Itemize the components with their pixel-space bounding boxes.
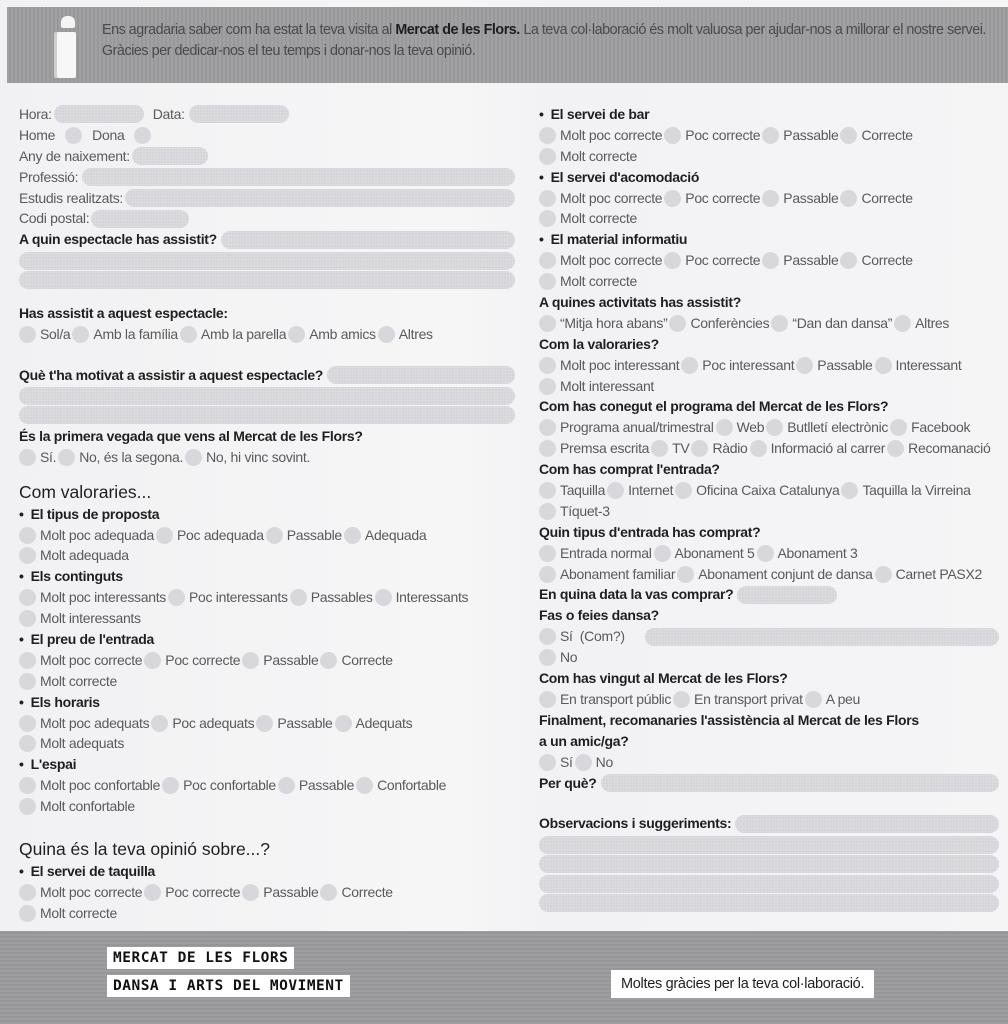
option-label: No, és la segona. (79, 447, 183, 468)
option-mitja-hora-abans[interactable]: “Mitja hora abans” (539, 313, 669, 334)
option-amb-la-parella[interactable]: Amb la parella (180, 324, 288, 345)
option-label: Molt poc adequada (40, 525, 154, 546)
option-correcte[interactable]: Correcte (840, 188, 914, 209)
option-label: Passable (817, 355, 872, 376)
option-poc-correcte[interactable]: Poc correcte (664, 250, 762, 271)
observacions-field-line-2[interactable] (539, 836, 999, 854)
option-label: Abonament familiar (560, 564, 675, 585)
option-correcte[interactable]: Correcte (840, 250, 914, 271)
data-compra-question: En quina data la vas comprar? (539, 584, 733, 605)
assistit-options: Sol/aAmb la famíliaAmb la parellaAmb ami… (19, 324, 515, 345)
radio-circle-icon[interactable] (356, 777, 373, 794)
motivat-question: Què t'ha motivat a assistir a aquest esp… (19, 365, 323, 386)
radio-circle-icon[interactable] (335, 715, 352, 732)
option-label: Entrada normal (560, 543, 652, 564)
option-molt-correcte[interactable]: Molt correcte (539, 271, 639, 292)
option-label: Molt poc correcte (560, 250, 662, 271)
option-label: Altres (399, 324, 433, 345)
radio-circle-icon[interactable] (19, 905, 36, 922)
valoraries-section-title: Com valoraries... (19, 480, 151, 504)
option-confortable[interactable]: Confortable (356, 775, 448, 796)
option-molt-poc-adequats[interactable]: Molt poc adequats (19, 713, 151, 734)
option-informacio-al-carrer[interactable]: Informació al carrer (750, 438, 888, 459)
radio-circle-icon[interactable] (840, 190, 857, 207)
option-poc-correcte[interactable]: Poc correcte (664, 188, 762, 209)
option-correcte[interactable]: Correcte (320, 882, 394, 903)
data-field[interactable] (189, 105, 289, 123)
radio-circle-icon[interactable] (675, 482, 692, 499)
option-molt-poc-correcte[interactable]: Molt poc correcte (19, 650, 144, 671)
option-abonament-3[interactable]: Abonament 3 (757, 543, 860, 564)
radio-circle-icon[interactable] (607, 482, 624, 499)
radio-circle-icon[interactable] (766, 419, 783, 436)
option-label: TV (672, 438, 689, 459)
option-abonament-conjunt-de-dansa[interactable]: Abonament conjunt de dansa (677, 564, 874, 585)
option-label: Molt adequada (40, 545, 129, 566)
bar-options: Molt poc correctePoc correctePassableCor… (539, 125, 999, 167)
option-label: Oficina Caixa Catalunya (696, 480, 839, 501)
conegut-options-row-2: Premsa escritaTVRàdioInformació al carre… (539, 438, 999, 459)
radio-circle-icon[interactable] (841, 482, 858, 499)
radio-circle-icon[interactable] (19, 326, 36, 343)
option-label: Molt poc interessant (560, 355, 679, 376)
continguts-options: Molt poc interessantsPoc interessantsPas… (19, 587, 515, 629)
option-poc-interessants[interactable]: Poc interessants (168, 587, 290, 608)
option-molt-interessants[interactable]: Molt interessants (19, 608, 143, 629)
option-label: Amb la família (93, 324, 178, 345)
radio-circle-icon[interactable] (344, 527, 361, 544)
radio-circle-icon[interactable] (19, 798, 36, 815)
espai-options: Molt poc confortablePoc confortablePassa… (19, 775, 515, 817)
radio-circle-icon[interactable] (320, 884, 337, 901)
option-adequada[interactable]: Adequada (344, 525, 428, 546)
option-label: Conferències (690, 313, 769, 334)
option-molt-poc-correcte[interactable]: Molt poc correcte (19, 882, 144, 903)
radio-circle-icon[interactable] (378, 326, 395, 343)
option-abonament-familiar[interactable]: Abonament familiar (539, 564, 677, 585)
option-tv[interactable]: TV (651, 438, 691, 459)
option-label: Molt poc adequats (40, 713, 149, 734)
option-label: Correcte (861, 250, 912, 271)
radio-circle-icon[interactable] (156, 527, 173, 544)
option-conferencies[interactable]: Conferències (669, 313, 771, 334)
radio-circle-icon[interactable] (539, 315, 556, 332)
option-adequats[interactable]: Adequats (335, 713, 415, 734)
option-en-transport-public[interactable]: En transport públic (539, 689, 673, 710)
radio-circle-icon[interactable] (673, 691, 690, 708)
option-label: Recomanació (908, 438, 990, 459)
estudis-field[interactable] (125, 189, 515, 207)
radio-circle-icon[interactable] (539, 127, 556, 144)
option-poc-correcte[interactable]: Poc correcte (144, 882, 242, 903)
espectacle-field-line-3[interactable] (19, 271, 515, 289)
option-molt-interessant[interactable]: Molt interessant (539, 376, 656, 397)
option-web[interactable]: Web (716, 417, 767, 438)
dona-radio[interactable] (134, 127, 151, 144)
radio-circle-icon[interactable] (840, 252, 857, 269)
option-radio[interactable]: Ràdio (691, 438, 749, 459)
option-label: Molt poc correcte (560, 188, 662, 209)
option-abonament-5[interactable]: Abonament 5 (654, 543, 757, 564)
radio-circle-icon[interactable] (796, 357, 813, 374)
option-label: Passable (783, 188, 838, 209)
radio-circle-icon[interactable] (840, 127, 857, 144)
assistit-question: Has assistit a aquest espectacle: (19, 303, 228, 324)
dansa-no-radio[interactable] (539, 649, 556, 666)
option-molt-adequats[interactable]: Molt adequats (19, 733, 126, 754)
option-label: Molt poc correcte (560, 125, 662, 146)
option-dan-dan-dansa[interactable]: “Dan dan dansa” (771, 313, 894, 334)
option-label: Passable (783, 125, 838, 146)
option-passables[interactable]: Passables (290, 587, 375, 608)
option-recomanacio[interactable]: Recomanació (887, 438, 992, 459)
option-label: Interessant (896, 355, 962, 376)
opinio-section-title: Quina és la teva opinió sobre...? (19, 837, 270, 861)
option-passable[interactable]: Passable (762, 125, 840, 146)
option-label: Molt correcte (40, 903, 117, 924)
motivat-field-line-2[interactable] (19, 387, 515, 405)
motivat-field-line-3[interactable] (19, 406, 515, 424)
option-label: Correcte (861, 188, 912, 209)
option-tiquet-3[interactable]: Tíquet-3 (539, 501, 612, 522)
option-molt-poc-correcte[interactable]: Molt poc correcte (539, 250, 664, 271)
option-label: Programa anual/trimestral (560, 417, 714, 438)
hora-field[interactable] (54, 105, 144, 123)
option-molt-poc-correcte[interactable]: Molt poc correcte (539, 125, 664, 146)
radio-circle-icon[interactable] (320, 652, 337, 669)
observacions-field-line-4[interactable] (539, 875, 999, 893)
radio-circle-icon[interactable] (256, 715, 273, 732)
option-poc-correcte[interactable]: Poc correcte (144, 650, 242, 671)
radio-circle-icon[interactable] (539, 440, 556, 457)
recomanaries-question-line-2: a un amic/ga? (539, 731, 628, 752)
radio-circle-icon[interactable] (539, 482, 556, 499)
radio-circle-icon[interactable] (375, 589, 392, 606)
option-poc-adequats[interactable]: Poc adequats (151, 713, 256, 734)
radio-circle-icon[interactable] (875, 566, 892, 583)
option-no-es-la-segona[interactable]: No, és la segona. (58, 447, 185, 468)
option-label: Molt interessant (560, 376, 654, 397)
option-facebook[interactable]: Facebook (890, 417, 972, 438)
option-label: Taquilla (560, 480, 605, 501)
option-poc-interessant[interactable]: Poc interessant (681, 355, 796, 376)
radio-circle-icon[interactable] (58, 449, 75, 466)
right-column: El servei de bar Molt poc correctePoc co… (539, 104, 999, 914)
option-a-peu[interactable]: A peu (805, 689, 862, 710)
comprat-options-row-2: Tíquet-3 (539, 501, 999, 522)
option-label: Molt correcte (560, 146, 637, 167)
proposta-label: El tipus de proposta (19, 504, 159, 525)
radio-circle-icon[interactable] (539, 252, 556, 269)
dansa-no-label: No (560, 647, 577, 668)
option-molt-correcte[interactable]: Molt correcte (19, 903, 119, 924)
option-passable[interactable]: Passable (762, 188, 840, 209)
radio-circle-icon[interactable] (162, 777, 179, 794)
option-label: Interessants (396, 587, 469, 608)
option-label: Passable (287, 525, 342, 546)
radio-circle-icon[interactable] (771, 315, 788, 332)
radio-circle-icon[interactable] (19, 610, 36, 627)
option-label: Molt poc correcte (40, 882, 142, 903)
radio-circle-icon[interactable] (19, 589, 36, 606)
radio-circle-icon[interactable] (539, 419, 556, 436)
option-label: Internet (628, 480, 673, 501)
option-passable[interactable]: Passable (278, 775, 356, 796)
option-label: “Mitja hora abans” (560, 313, 667, 334)
observacions-field[interactable] (735, 815, 999, 833)
espai-label: L'espai (19, 754, 76, 775)
option-molt-correcte[interactable]: Molt correcte (539, 208, 639, 229)
radio-circle-icon[interactable] (762, 252, 779, 269)
bar-label: El servei de bar (539, 104, 649, 125)
option-taquilla[interactable]: Taquilla (539, 480, 607, 501)
info-person-icon (55, 16, 79, 80)
radio-circle-icon[interactable] (19, 547, 36, 564)
radio-circle-icon[interactable] (890, 419, 907, 436)
option-carnet-pasx2[interactable]: Carnet PASX2 (875, 564, 984, 585)
option-label: Poc correcte (685, 125, 760, 146)
observacions-field-line-3[interactable] (539, 855, 999, 873)
option-correcte[interactable]: Correcte (320, 650, 394, 671)
option-no-hi-vinc-sovint[interactable]: No, hi vinc sovint. (185, 447, 312, 468)
radio-circle-icon[interactable] (539, 357, 556, 374)
option-molt-confortable[interactable]: Molt confortable (19, 796, 137, 817)
option-premsa-escrita[interactable]: Premsa escrita (539, 438, 651, 459)
option-passable[interactable]: Passable (242, 650, 320, 671)
option-poc-correcte[interactable]: Poc correcte (664, 125, 762, 146)
any-naixement-field[interactable] (132, 147, 208, 165)
option-molt-poc-adequada[interactable]: Molt poc adequada (19, 525, 156, 546)
option-si[interactable]: Sí. (19, 447, 58, 468)
option-passable[interactable]: Passable (266, 525, 344, 546)
radio-circle-icon[interactable] (19, 673, 36, 690)
motivat-field[interactable] (327, 366, 515, 384)
valoraries-options: Molt poc interessantPoc interessantPassa… (539, 355, 999, 397)
option-label: Passables (311, 587, 373, 608)
radio-circle-icon[interactable] (681, 357, 698, 374)
option-label: Molt confortable (40, 796, 135, 817)
option-label: Amb la parella (201, 324, 286, 345)
option-molt-poc-correcte[interactable]: Molt poc correcte (539, 188, 664, 209)
option-poc-adequada[interactable]: Poc adequada (156, 525, 266, 546)
radio-circle-icon[interactable] (288, 326, 305, 343)
option-amb-la-familia[interactable]: Amb la família (72, 324, 180, 345)
tipus-options-row-1: Entrada normalAbonament 5Abonament 3 (539, 543, 999, 564)
option-altres[interactable]: Altres (378, 324, 435, 345)
valoraries-question: Com la valoraries? (539, 334, 659, 355)
option-entrada-normal[interactable]: Entrada normal (539, 543, 654, 564)
primera-options: Sí.No, és la segona.No, hi vinc sovint. (19, 447, 515, 468)
option-label: Correcte (341, 882, 392, 903)
vingut-options: En transport públicEn transport privatA … (539, 689, 999, 710)
dansa-si-label: Sí (Com?) (560, 626, 625, 647)
radio-circle-icon[interactable] (654, 545, 671, 562)
radio-circle-icon[interactable] (19, 735, 36, 752)
radio-circle-icon[interactable] (19, 449, 36, 466)
radio-circle-icon[interactable] (575, 754, 592, 771)
option-label: En transport públic (560, 689, 671, 710)
option-molt-correcte[interactable]: Molt correcte (19, 671, 119, 692)
radio-circle-icon[interactable] (278, 777, 295, 794)
radio-circle-icon[interactable] (168, 589, 185, 606)
option-label: Poc adequats (172, 713, 254, 734)
option-molt-correcte[interactable]: Molt correcte (539, 146, 639, 167)
radio-circle-icon[interactable] (539, 273, 556, 290)
option-label: “Dan dan dansa” (792, 313, 892, 334)
radio-circle-icon[interactable] (539, 190, 556, 207)
dansa-si-radio[interactable] (539, 628, 556, 645)
data-compra-field[interactable] (737, 586, 837, 604)
radio-circle-icon[interactable] (716, 419, 733, 436)
option-internet[interactable]: Internet (607, 480, 675, 501)
radio-circle-icon[interactable] (894, 315, 911, 332)
radio-circle-icon[interactable] (762, 127, 779, 144)
option-molt-poc-confortable[interactable]: Molt poc confortable (19, 775, 162, 796)
radio-circle-icon[interactable] (875, 357, 892, 374)
option-amb-amics[interactable]: Amb amics (288, 324, 378, 345)
option-sol-a[interactable]: Sol/a (19, 324, 72, 345)
option-label: Taquilla la Virreina (862, 480, 970, 501)
radio-circle-icon[interactable] (750, 440, 767, 457)
perque-field[interactable] (601, 774, 999, 792)
radio-circle-icon[interactable] (19, 652, 36, 669)
option-poc-confortable[interactable]: Poc confortable (162, 775, 278, 796)
thanks-message: Moltes gràcies per la teva col·laboració… (611, 970, 874, 998)
radio-circle-icon[interactable] (266, 527, 283, 544)
tipus-options-row-2: Abonament familiarAbonament conjunt de d… (539, 564, 999, 585)
radio-circle-icon[interactable] (539, 566, 556, 583)
dansa-question: Fas o feies dansa? (539, 605, 659, 626)
option-label: Sí (560, 752, 573, 773)
espectacle-field[interactable] (221, 231, 515, 249)
preu-options: Molt poc correctePoc correctePassableCor… (19, 650, 515, 692)
option-correcte[interactable]: Correcte (840, 125, 914, 146)
option-label: Sí. (40, 447, 56, 468)
radio-circle-icon[interactable] (762, 190, 779, 207)
estudis-label: Estudis realitzats: (19, 188, 123, 209)
option-label: Web (737, 417, 765, 438)
option-label: Facebook (911, 417, 970, 438)
option-label: A peu (826, 689, 860, 710)
option-label: Molt adequats (40, 733, 124, 754)
radio-circle-icon[interactable] (180, 326, 197, 343)
radio-circle-icon[interactable] (691, 440, 708, 457)
option-butlleti-electronic[interactable]: Butlletí electrònic (766, 417, 890, 438)
espectacle-question: A quin espectacle has assistit? (19, 229, 217, 250)
comprat-options-row-1: TaquillaInternetOficina Caixa CatalunyaT… (539, 480, 999, 501)
codi-postal-field[interactable] (91, 210, 189, 228)
radio-circle-icon[interactable] (669, 315, 686, 332)
radio-circle-icon[interactable] (664, 190, 681, 207)
option-label: No, hi vinc sovint. (206, 447, 310, 468)
option-passable[interactable]: Passable (762, 250, 840, 271)
left-column: Hora: Data: Home Dona Any de naixement: … (19, 104, 515, 924)
option-programa-anual-trimestral[interactable]: Programa anual/trimestral (539, 417, 716, 438)
option-molt-adequada[interactable]: Molt adequada (19, 545, 131, 566)
option-label: Poc correcte (685, 188, 760, 209)
acomodacio-label: El servei d'acomodació (539, 167, 699, 188)
radio-circle-icon[interactable] (539, 754, 556, 771)
option-label: Amb amics (309, 324, 376, 345)
observacions-field-line-5[interactable] (539, 894, 999, 912)
option-molt-poc-interessant[interactable]: Molt poc interessant (539, 355, 681, 376)
continguts-label: Els continguts (19, 566, 123, 587)
radio-circle-icon[interactable] (757, 545, 774, 562)
option-passable[interactable]: Passable (796, 355, 874, 376)
option-altres[interactable]: Altres (894, 313, 951, 334)
option-interessants[interactable]: Interessants (375, 587, 471, 608)
radio-circle-icon[interactable] (677, 566, 694, 583)
tipus-entrada-question: Quin tipus d'entrada has comprat? (539, 522, 760, 543)
option-label: Poc correcte (165, 882, 240, 903)
radio-circle-icon[interactable] (290, 589, 307, 606)
option-label: Confortable (377, 775, 446, 796)
option-label: Molt poc interessants (40, 587, 166, 608)
radio-circle-icon[interactable] (242, 884, 259, 901)
radio-circle-icon[interactable] (72, 326, 89, 343)
radio-circle-icon[interactable] (664, 252, 681, 269)
option-label: Poc confortable (183, 775, 276, 796)
option-label: Informació al carrer (771, 438, 886, 459)
radio-circle-icon[interactable] (805, 691, 822, 708)
option-label: Passable (263, 882, 318, 903)
option-label: Molt poc confortable (40, 775, 160, 796)
radio-circle-icon[interactable] (19, 527, 36, 544)
option-interessant[interactable]: Interessant (875, 355, 964, 376)
radio-circle-icon[interactable] (664, 127, 681, 144)
radio-circle-icon[interactable] (539, 148, 556, 165)
radio-circle-icon[interactable] (539, 210, 556, 227)
radio-circle-icon[interactable] (651, 440, 668, 457)
option-label: Poc correcte (685, 250, 760, 271)
option-molt-poc-interessants[interactable]: Molt poc interessants (19, 587, 168, 608)
radio-circle-icon[interactable] (144, 884, 161, 901)
option-no[interactable]: No (575, 752, 615, 773)
option-oficina-caixa-catalunya[interactable]: Oficina Caixa Catalunya (675, 480, 841, 501)
option-passable[interactable]: Passable (242, 882, 320, 903)
option-label: Correcte (861, 125, 912, 146)
option-passable[interactable]: Passable (256, 713, 334, 734)
option-label: Passable (299, 775, 354, 796)
option-taquilla-la-virreina[interactable]: Taquilla la Virreina (841, 480, 972, 501)
conegut-question: Com has conegut el programa del Mercat d… (539, 396, 888, 417)
radio-circle-icon[interactable] (539, 691, 556, 708)
home-radio[interactable] (65, 127, 82, 144)
espectacle-field-line-2[interactable] (19, 252, 515, 270)
option-en-transport-privat[interactable]: En transport privat (673, 689, 805, 710)
radio-circle-icon[interactable] (242, 652, 259, 669)
dansa-com-field[interactable] (645, 628, 999, 646)
option-label: Passable (263, 650, 318, 671)
radio-circle-icon[interactable] (19, 777, 36, 794)
horaris-label: Els horaris (19, 692, 100, 713)
radio-circle-icon[interactable] (19, 884, 36, 901)
radio-circle-icon[interactable] (539, 503, 556, 520)
radio-circle-icon[interactable] (19, 715, 36, 732)
professio-field[interactable] (82, 168, 515, 186)
option-si[interactable]: Sí (539, 752, 575, 773)
radio-circle-icon[interactable] (144, 652, 161, 669)
radio-circle-icon[interactable] (151, 715, 168, 732)
option-label: Butlletí electrònic (787, 417, 888, 438)
recomanaries-question-line-1: Finalment, recomanaries l'assistència al… (539, 710, 919, 731)
radio-circle-icon[interactable] (539, 545, 556, 562)
material-options: Molt poc correctePoc correctePassableCor… (539, 250, 999, 292)
radio-circle-icon[interactable] (887, 440, 904, 457)
radio-circle-icon[interactable] (539, 378, 556, 395)
radio-circle-icon[interactable] (185, 449, 202, 466)
option-label: Ràdio (712, 438, 747, 459)
